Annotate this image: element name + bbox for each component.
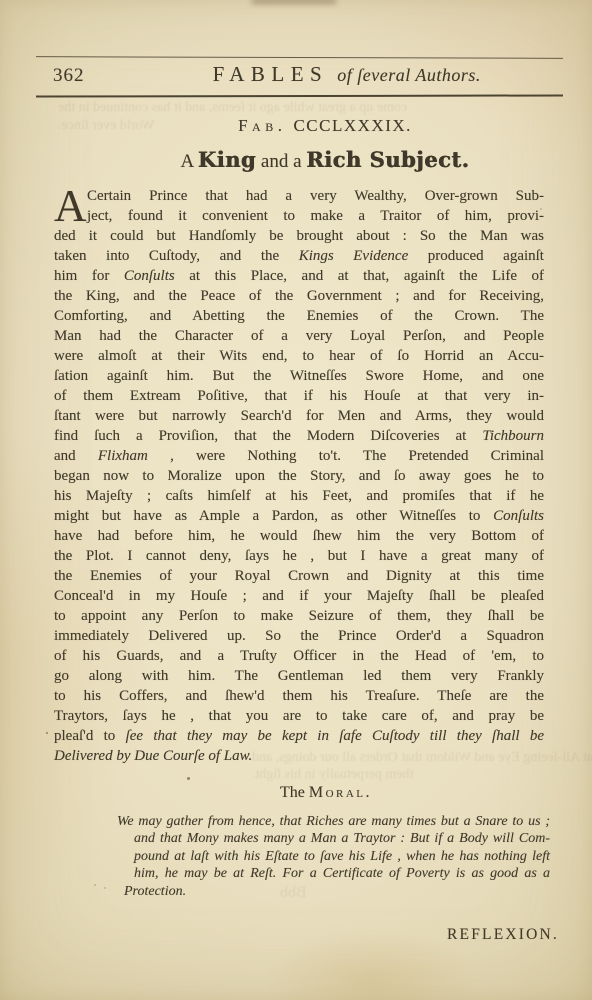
- text-line: Comforting, and Abetting the Enemies of …: [54, 306, 544, 326]
- text-segment: pleaſ'd to: [54, 728, 126, 744]
- text-line: to his Coffers, and ſhew'd them his Trea…: [54, 686, 544, 706]
- text-segment: Kings Evidence: [299, 248, 409, 264]
- text-line: Delivered by Due Courſe of Law.: [54, 746, 544, 766]
- text-line: him for Conſults at this Place, and at t…: [54, 266, 544, 286]
- text-segment: ded it could but Handſomly be brought ab…: [54, 228, 544, 244]
- text-segment: of them Extream Poſitive, that if his Ho…: [54, 388, 544, 404]
- text-segment: Traytors, ſays he , that you are to take…: [54, 708, 544, 724]
- moral-heading: The Moral.: [0, 784, 592, 802]
- text-segment: of his Guards, and a Truſty Officer in t…: [54, 648, 544, 664]
- text-segment: have had before him, he would ſhew him t…: [54, 528, 544, 544]
- text-segment: Flixham: [98, 448, 148, 464]
- ink-speck: [46, 732, 48, 734]
- running-title-subtitle: of ſeveral Authors.: [337, 65, 481, 85]
- text-segment: at this Place, and at that, againſt the …: [175, 268, 544, 284]
- text-line: pleaſ'd to ſee that they may be kept in …: [54, 726, 544, 746]
- moral-heading-word: Moral.: [309, 784, 372, 801]
- text-segment: produced againſt: [408, 248, 544, 264]
- page-number: 362: [53, 65, 85, 87]
- text-segment: find ſuch a Proviſion, that the Modern D…: [54, 428, 482, 444]
- ink-speck: [94, 884, 96, 886]
- text-line: Protection.: [117, 883, 550, 900]
- bleed-through-text: them perpetually in his ſight.: [252, 767, 413, 783]
- text-line: might but have as Ample a Pardon, as oth…: [54, 506, 544, 526]
- text-line: go along with him. The Gentleman led the…: [54, 666, 544, 686]
- text-segment: began now to Moralize upon the Story, an…: [54, 468, 544, 484]
- running-title-main: FABLES: [213, 62, 329, 86]
- header-rule-bottom: [36, 94, 563, 97]
- text-segment: the Plot. I cannot deny, ſays he , but I…: [54, 548, 544, 564]
- text-line: and Flixham , were Nothing to't. The Pre…: [54, 446, 544, 466]
- fable-body-text: Certain Prince that had a very Wealthy, …: [54, 186, 544, 766]
- text-segment: to appoint any Perſon to make Seizure of…: [54, 608, 544, 624]
- text-line: pound at laſt with his Eſtate to ſave hi…: [117, 848, 550, 865]
- ink-speck: [104, 887, 106, 889]
- text-line: have had before him, he would ſhew him t…: [54, 526, 544, 546]
- text-line: the King, and the Peace of the Governmen…: [54, 286, 544, 306]
- fable-label: Fab.: [238, 116, 286, 135]
- catchword: REFLEXION.: [447, 926, 559, 944]
- text-segment: King: [198, 147, 256, 172]
- book-page-scan: come up a great while ago it ſeems, and …: [0, 0, 592, 1000]
- text-line: taken into Cuſtody, and the Kings Eviden…: [54, 246, 544, 266]
- text-line: We may gather from hence, that Riches ar…: [117, 813, 550, 830]
- text-segment: A: [181, 151, 198, 172]
- text-segment: might but have as Ample a Pardon, as oth…: [54, 508, 493, 524]
- text-line: the Plot. I cannot deny, ſays he , but I…: [54, 546, 544, 566]
- text-segment: go along with him. The Gentleman led the…: [54, 668, 544, 684]
- text-segment: immediately Delivered up. So the Prince …: [54, 628, 544, 644]
- text-segment: Tichbourn: [482, 428, 544, 444]
- text-segment: Man had the Character of a very Loyal Pe…: [54, 328, 544, 344]
- text-line: to appoint any Perſon to make Seizure of…: [54, 606, 544, 626]
- text-segment: ject, found it convenient to make a Trai…: [87, 208, 544, 224]
- text-segment: Conſults: [493, 508, 544, 524]
- text-segment: ſee that they may be kept in ſafe Cuſtod…: [126, 728, 544, 744]
- text-line: his Majeſty ; caſts himſelf at his Feet,…: [54, 486, 544, 506]
- bleed-through-text: come up a great while ago it ſeems, and …: [58, 100, 407, 116]
- text-segment: Conſults: [124, 268, 175, 284]
- text-segment: Conceal'd in my Houſe ; and if your Maje…: [54, 588, 544, 604]
- text-segment: to his Coffers, and ſhew'd them his Trea…: [54, 688, 544, 704]
- scan-edge-smudge: [252, 0, 336, 4]
- moral-heading-lead: The: [280, 784, 309, 801]
- text-line: immediately Delivered up. So the Prince …: [54, 626, 544, 646]
- text-line: of his Guards, and a Truſty Officer in t…: [54, 646, 544, 666]
- text-segment: , were Nothing to't. The Pretended Crimi…: [148, 448, 544, 464]
- text-line: and that Mony makes many a Man a Traytor…: [117, 830, 550, 847]
- text-segment: taken into Cuſtody, and the: [54, 248, 299, 264]
- text-line: ded it could but Handſomly be brought ab…: [54, 226, 544, 246]
- fable-number-heading: Fab.CCCLXXXIX.: [0, 116, 592, 136]
- text-segment: Rich Subject.: [306, 147, 469, 172]
- fable-title: A King and a Rich Subject.: [0, 147, 592, 173]
- ink-speck: [187, 777, 190, 780]
- text-line: ject, found it convenient to make a Trai…: [54, 206, 544, 226]
- running-title: FABLESof ſeveral Authors.: [85, 62, 564, 87]
- text-segment: ſation againſt him. But the Witneſſes Sw…: [54, 368, 544, 384]
- text-line: ſtant were but narrowly Search'd for Men…: [54, 406, 544, 426]
- text-segment: Comforting, and Abetting the Enemies of …: [54, 308, 544, 324]
- fable-numeral: CCCLXXXIX.: [293, 116, 411, 135]
- text-segment: him for: [54, 268, 124, 284]
- text-line: Certain Prince that had a very Wealthy, …: [54, 186, 544, 206]
- ink-speck: [540, 208, 542, 210]
- text-segment: Delivered by Due Courſe of Law.: [54, 748, 252, 764]
- text-line: began now to Moralize upon the Story, an…: [54, 466, 544, 486]
- text-line: were almoſt at their Wits end, to hear o…: [54, 346, 544, 366]
- text-segment: and: [54, 448, 98, 464]
- text-segment: and a: [256, 151, 306, 172]
- header-rule-top: [36, 56, 563, 59]
- text-segment: were almoſt at their Wits end, to hear o…: [54, 348, 544, 364]
- text-line: Man had the Character of a very Loyal Pe…: [54, 326, 544, 346]
- text-line: Conceal'd in my Houſe ; and if your Maje…: [54, 586, 544, 606]
- text-segment: his Majeſty ; caſts himſelf at his Feet,…: [54, 488, 544, 504]
- text-segment: ſtant were but narrowly Search'd for Men…: [54, 408, 544, 424]
- text-segment: the King, and the Peace of the Governmen…: [54, 288, 544, 304]
- text-line: ſation againſt him. But the Witneſſes Sw…: [54, 366, 544, 386]
- text-line: him, he may be at Reſt. For a Certificat…: [117, 865, 550, 882]
- text-line: Traytors, ſays he , that you are to take…: [54, 706, 544, 726]
- text-segment: Certain Prince that had a very Wealthy, …: [87, 188, 544, 204]
- text-line: of them Extream Poſitive, that if his Ho…: [54, 386, 544, 406]
- text-line: find ſuch a Proviſion, that the Modern D…: [54, 426, 544, 446]
- text-segment: the Enemies of your Royal Crown and Dign…: [54, 568, 544, 584]
- running-header: 362 FABLESof ſeveral Authors.: [36, 62, 563, 87]
- moral-text: We may gather from hence, that Riches ar…: [117, 813, 550, 900]
- text-line: the Enemies of your Royal Crown and Dign…: [54, 566, 544, 586]
